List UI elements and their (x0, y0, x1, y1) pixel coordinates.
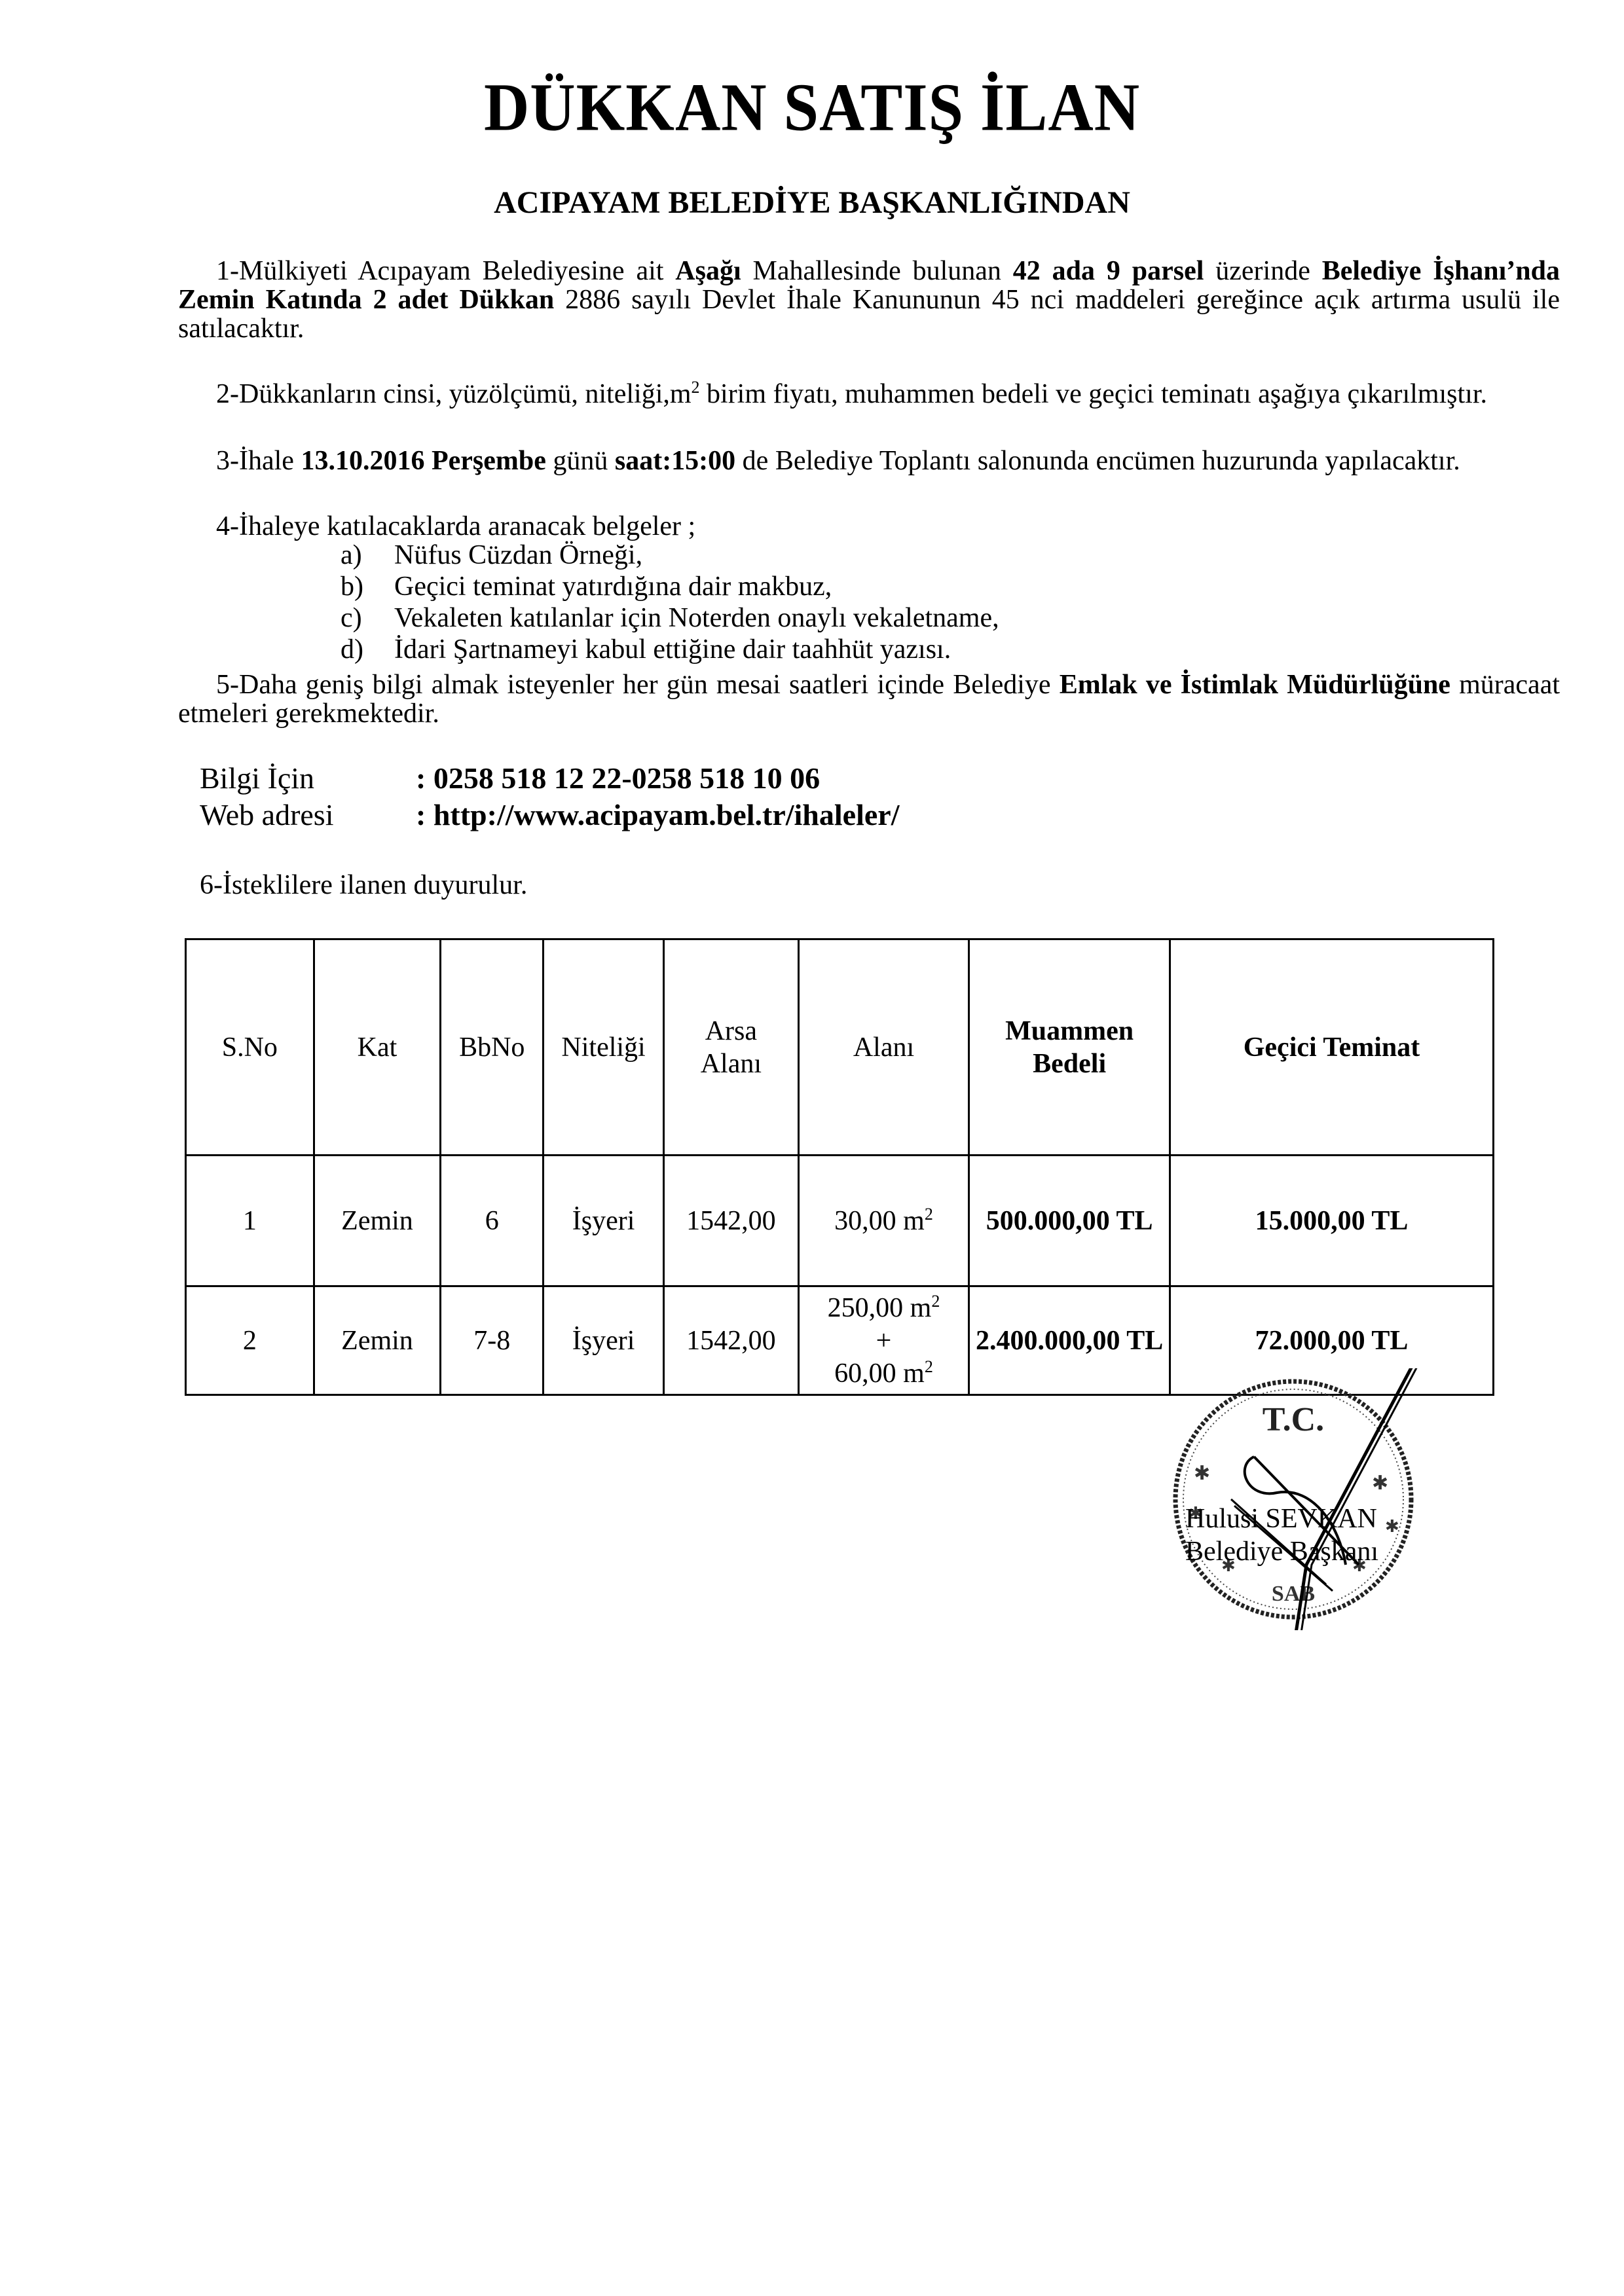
cell-arsa: 1542,00 (663, 1286, 798, 1395)
svg-text:✱: ✱ (1372, 1472, 1388, 1494)
signatory-name: Hulusi SEVKAN (1185, 1504, 1377, 1533)
contact-web-row: Web adresi: http://www.acipayam.bel.tr/i… (200, 799, 899, 831)
list-item: c)Vekaleten katılanlar için Noterden ona… (341, 604, 999, 632)
alan-plus: + (800, 1324, 969, 1357)
cell-sno: 2 (186, 1286, 314, 1395)
phone-value: : 0258 518 12 22-0258 518 10 06 (416, 761, 820, 795)
sale-table: S.No Kat BbNo Niteliği ArsaAlanı Alanı M… (185, 938, 1494, 1396)
web-url[interactable]: : http://www.acipayam.bel.tr/ihaleler/ (416, 798, 899, 831)
header-sno: S.No (186, 939, 314, 1156)
header-muhammen-line2: Bedeli (970, 1048, 1169, 1080)
list-text: Geçici teminat yatırdığına dair makbuz, (394, 572, 832, 602)
p3-text: 3-İhale (216, 446, 301, 476)
list-marker: b) (341, 572, 394, 601)
p3-text: de Belediye Toplantı salonunda encümen h… (735, 446, 1460, 476)
svg-text:✱: ✱ (1385, 1517, 1399, 1536)
document-title: DÜKKAN SATIŞ İLAN (0, 68, 1624, 147)
header-bbno: BbNo (441, 939, 544, 1156)
header-nitelik: Niteliği (544, 939, 664, 1156)
cell-alan: 30,00 m2 (798, 1156, 969, 1286)
table-header-row: S.No Kat BbNo Niteliği ArsaAlanı Alanı M… (186, 939, 1494, 1156)
contact-phone-row: Bilgi İçin: 0258 518 12 22-0258 518 10 0… (200, 762, 820, 795)
header-gecici-teminat: Geçici Teminat (1170, 939, 1493, 1156)
alan-unit-sup: 2 (925, 1357, 933, 1376)
list-marker: c) (341, 604, 394, 632)
cell-bedel: 500.000,00 TL (969, 1156, 1170, 1286)
paragraph-3: 3-İhale 13.10.2016 Perşembe günü saat:15… (178, 446, 1560, 475)
header-arsa-line1: Arsa (665, 1015, 798, 1048)
phone-label: Bilgi İçin (200, 762, 416, 795)
cell-bedel: 2.400.000,00 TL (969, 1286, 1170, 1395)
p1-parcel: 42 ada 9 parsel (1013, 256, 1204, 286)
p2-text: birim fiyatı, muhammen bedeli ve geçici … (700, 379, 1487, 409)
list-text: Nüfus Cüzdan Örneği, (394, 540, 642, 570)
paragraph-6: 6-İsteklilere ilanen duyurulur. (200, 871, 1581, 900)
p5-department: Emlak ve İstimlak Müdürlüğüne (1060, 670, 1450, 700)
header-kat: Kat (314, 939, 441, 1156)
list-marker: d) (341, 635, 394, 664)
header-muhammen-bedeli: MuammenBedeli (969, 939, 1170, 1156)
web-label: Web adresi (200, 799, 416, 831)
cell-kat: Zemin (314, 1156, 441, 1286)
p3-text: günü (546, 446, 615, 476)
p1-text: Mahallesinde bulunan (741, 256, 1013, 286)
alan-value-1: 250,00 m (828, 1293, 932, 1323)
list-item: a)Nüfus Cüzdan Örneği, (341, 541, 642, 570)
paragraph-5: 5-Daha geniş bilgi almak isteyenler her … (178, 670, 1560, 728)
p5-text: 5-Daha geniş bilgi almak isteyenler her … (216, 670, 1060, 700)
signatory-role: Belediye Başkanı (1185, 1537, 1378, 1566)
cell-bbno: 7-8 (441, 1286, 544, 1395)
alan-value: 30,00 m (834, 1206, 925, 1236)
alan-unit-sup: 2 (925, 1205, 933, 1224)
alan-unit-sup: 2 (931, 1292, 940, 1311)
p4-heading-text: 4-İhaleye katılacaklarda aranacak belgel… (216, 511, 695, 541)
p1-text: üzerinde (1204, 256, 1321, 286)
list-marker: a) (341, 541, 394, 570)
svg-text:✱: ✱ (1194, 1463, 1210, 1484)
official-stamp-icon: T.C. SAB ✱ ✱ ✱ ✱ ✱ ✱ (1162, 1368, 1424, 1630)
header-alan: Alanı (798, 939, 969, 1156)
p2-text: 2-Dükkanların cinsi, yüzölçümü, niteliği… (216, 379, 692, 409)
paragraph-1: 1-Mülkiyeti Acıpayam Belediyesine ait Aş… (178, 257, 1560, 343)
cell-kat: Zemin (314, 1286, 441, 1395)
p3-time: saat:15:00 (615, 446, 735, 476)
list-text: Vekaleten katılanlar için Noterden onayl… (394, 603, 999, 633)
p3-date: 13.10.2016 Perşembe (301, 446, 545, 476)
cell-teminat: 15.000,00 TL (1170, 1156, 1493, 1286)
list-text: İdari Şartnameyi kabul ettiğine dair taa… (394, 634, 951, 665)
header-arsa-line2: Alanı (665, 1048, 798, 1080)
cell-arsa: 1542,00 (663, 1156, 798, 1286)
list-item: d)İdari Şartnameyi kabul ettiğine dair t… (341, 635, 951, 664)
cell-nitelik: İşyeri (544, 1286, 664, 1395)
header-muhammen-line1: Muammen (970, 1015, 1169, 1048)
document-subtitle: ACIPAYAM BELEDİYE BAŞKANLIĞINDAN (0, 185, 1624, 221)
cell-nitelik: İşyeri (544, 1156, 664, 1286)
table-row: 1 Zemin 6 İşyeri 1542,00 30,00 m2 500.00… (186, 1156, 1494, 1286)
header-arsa-alani: ArsaAlanı (663, 939, 798, 1156)
p1-text: 1-Mülkiyeti Acıpayam Belediyesine ait (216, 256, 675, 286)
p6-text: 6-İsteklilere ilanen duyurulur. (200, 870, 527, 900)
stamp-top-text: T.C. (1263, 1401, 1324, 1438)
alan-value-2: 60,00 m (834, 1358, 925, 1389)
cell-bbno: 6 (441, 1156, 544, 1286)
list-item: b)Geçici teminat yatırdığına dair makbuz… (341, 572, 832, 601)
paragraph-2: 2-Dükkanların cinsi, yüzölçümü, niteliği… (178, 380, 1560, 409)
cell-alan: 250,00 m2 + 60,00 m2 (798, 1286, 969, 1395)
cell-sno: 1 (186, 1156, 314, 1286)
p1-neighborhood: Aşağı (675, 256, 741, 286)
p2-superscript: 2 (692, 378, 700, 397)
paragraph-4-heading: 4-İhaleye katılacaklarda aranacak belgel… (178, 512, 1560, 541)
